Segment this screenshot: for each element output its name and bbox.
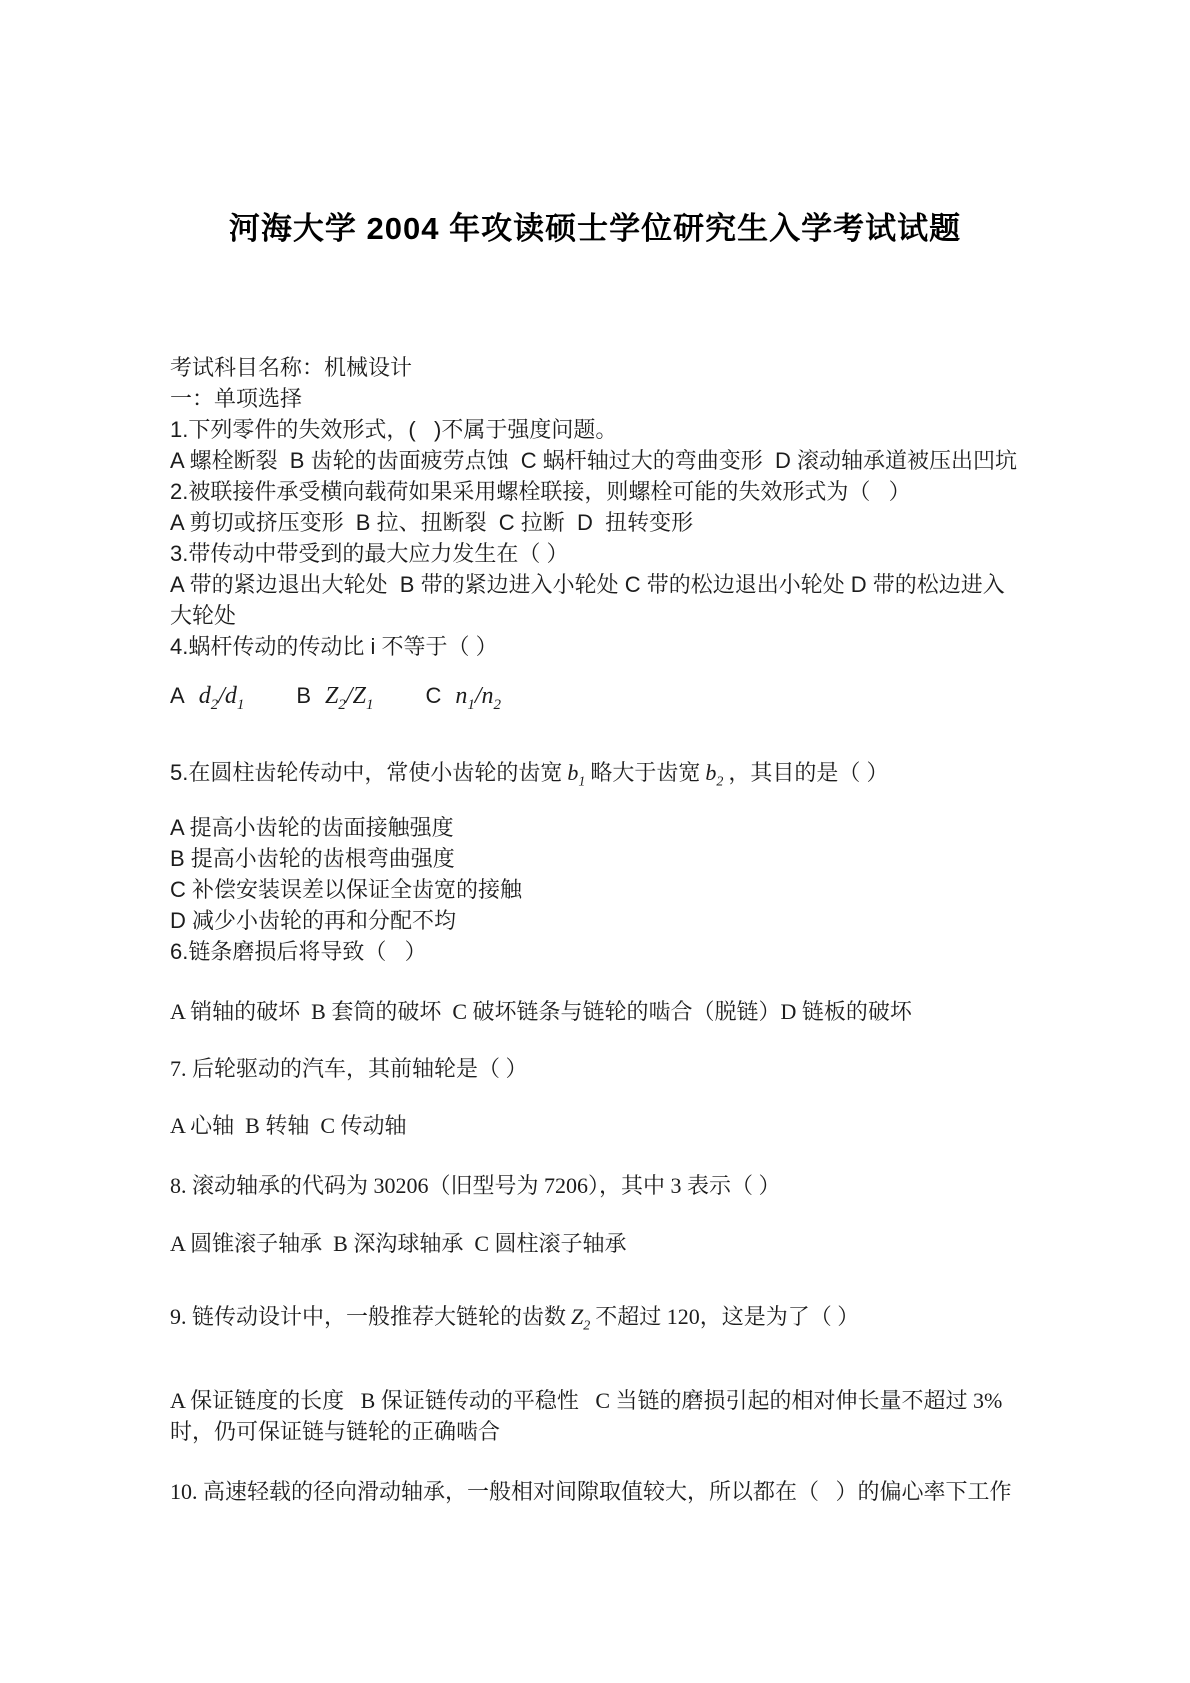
- question-5-option-c: C 补偿安装误差以保证全齿宽的接触: [170, 874, 1024, 905]
- question-1-text: 1.下列零件的失效形式，( )不属于强度问题。: [170, 414, 1024, 445]
- section-heading: 一：单项选择: [170, 383, 1024, 414]
- math-numerator: Z: [325, 683, 338, 709]
- question-8-text: 8. 滚动轴承的代码为 30206（旧型号为 7206），其中 3 表示（ ）: [170, 1170, 1024, 1201]
- q4-option-a-label: A: [170, 683, 185, 708]
- question-4-text: 4.蜗杆传动的传动比 i 不等于（ ）: [170, 631, 1024, 662]
- q4-option-b-label: B: [296, 683, 311, 708]
- page-title: 河海大学 2004 年攻读硕士学位研究生入学考试试题: [0, 203, 1190, 248]
- math-denominator: Z: [353, 683, 366, 709]
- math-denominator: n: [482, 683, 494, 709]
- math-denominator: d: [225, 683, 237, 709]
- question-5-option-b: B 提高小齿轮的齿根弯曲强度: [170, 843, 1024, 874]
- math-subscript: 2: [583, 1319, 590, 1334]
- question-4-options: Ad2/d1BZ2/Z1Cn1/n2: [170, 678, 1024, 723]
- q4-option-b-formula: Z2/Z1: [325, 683, 373, 709]
- question-8-options: A 圆锥滚子轴承 B 深沟球轴承 C 圆柱滚子轴承: [170, 1228, 1024, 1259]
- q5-text-part-1: 5.在圆柱齿轮传动中，常使小齿轮的齿宽: [170, 760, 562, 785]
- q4-option-b: BZ2/Z1: [296, 683, 425, 708]
- math-slash: /: [475, 683, 482, 709]
- question-5-text: 5.在圆柱齿轮传动中，常使小齿轮的齿宽b1略大于齿宽b2，其目的是（ ）: [170, 757, 1024, 797]
- q4-option-c-formula: n1/n2: [455, 683, 501, 709]
- math-denominator-subscript: 1: [366, 697, 374, 713]
- question-2-options: A 剪切或挤压变形 B 拉、扭断裂 C 拉断 D 扭转变形: [170, 507, 1024, 538]
- exam-body: 考试科目名称：机械设计 一：单项选择 1.下列零件的失效形式，( )不属于强度问…: [170, 352, 1024, 1507]
- subject-line: 考试科目名称：机械设计: [170, 352, 1024, 383]
- q5-math-b1: b1: [567, 760, 585, 785]
- q9-text-part-2: 不超过 120，这是为了（ ）: [595, 1304, 859, 1329]
- question-9-text: 9. 链传动设计中，一般推荐大链轮的齿数Z2不超过 120，这是为了（ ）: [170, 1301, 1024, 1341]
- math-numerator-subscript: 2: [338, 697, 346, 713]
- q4-option-a-formula: d2/d1: [199, 683, 245, 709]
- math-symbol: Z: [571, 1304, 583, 1329]
- math-subscript: 1: [578, 774, 585, 789]
- math-numerator: n: [455, 683, 467, 709]
- math-denominator-subscript: 1: [237, 697, 245, 713]
- question-5-option-d: D 减少小齿轮的再和分配不均: [170, 905, 1024, 936]
- math-denominator-subscript: 2: [494, 697, 502, 713]
- math-symbol: b: [567, 760, 578, 785]
- question-3-options: A 带的紧边退出大轮处 B 带的紧边进入小轮处 C 带的松边退出小轮处 D 带的…: [170, 569, 1024, 631]
- question-3-text: 3.带传动中带受到的最大应力发生在（ ）: [170, 538, 1024, 569]
- q9-text-part-1: 9. 链传动设计中，一般推荐大链轮的齿数: [170, 1304, 566, 1329]
- q5-text-part-2: 略大于齿宽: [590, 760, 700, 785]
- math-subscript: 2: [716, 774, 723, 789]
- q5-math-b2: b2: [705, 760, 723, 785]
- question-7-text: 7. 后轮驱动的汽车，其前轴轮是（ ）: [170, 1053, 1024, 1084]
- math-symbol: b: [705, 760, 716, 785]
- q5-text-part-3: ，其目的是（ ）: [728, 760, 888, 785]
- question-6-options: A 销轴的破坏 B 套筒的破坏 C 破坏链条与链轮的啮合（脱链）D 链板的破坏: [170, 996, 1024, 1027]
- question-2-text: 2.被联接件承受横向载荷如果采用螺栓联接，则螺栓可能的失效形式为（ ）: [170, 476, 1024, 507]
- q4-option-c-label: C: [425, 683, 441, 708]
- math-numerator-subscript: 1: [467, 697, 475, 713]
- math-slash: /: [346, 683, 353, 709]
- math-slash: /: [218, 683, 225, 709]
- question-7-options: A 心轴 B 转轴 C 传动轴: [170, 1110, 1024, 1141]
- question-1-options: A 螺栓断裂 B 齿轮的齿面疲劳点蚀 C 蜗杆轴过大的弯曲变形 D 滚动轴承道被…: [170, 445, 1024, 476]
- q4-option-a: Ad2/d1: [170, 683, 296, 708]
- exam-document-page: 河海大学 2004 年攻读硕士学位研究生入学考试试题 考试科目名称：机械设计 一…: [0, 0, 1190, 1683]
- question-9-options: A 保证链度的长度 B 保证链传动的平稳性 C 当链的磨损引起的相对伸长量不超过…: [170, 1385, 1024, 1447]
- q9-math-z2: Z2: [571, 1304, 590, 1329]
- question-6-text: 6.链条磨损后将导致（ ）: [170, 936, 1024, 967]
- question-5-option-a: A 提高小齿轮的齿面接触强度: [170, 812, 1024, 843]
- question-10-text: 10. 高速轻载的径向滑动轴承，一般相对间隙取值较大，所以都在（ ）的偏心率下工…: [170, 1476, 1024, 1507]
- math-numerator: d: [199, 683, 211, 709]
- q4-option-c: Cn1/n2: [425, 683, 553, 708]
